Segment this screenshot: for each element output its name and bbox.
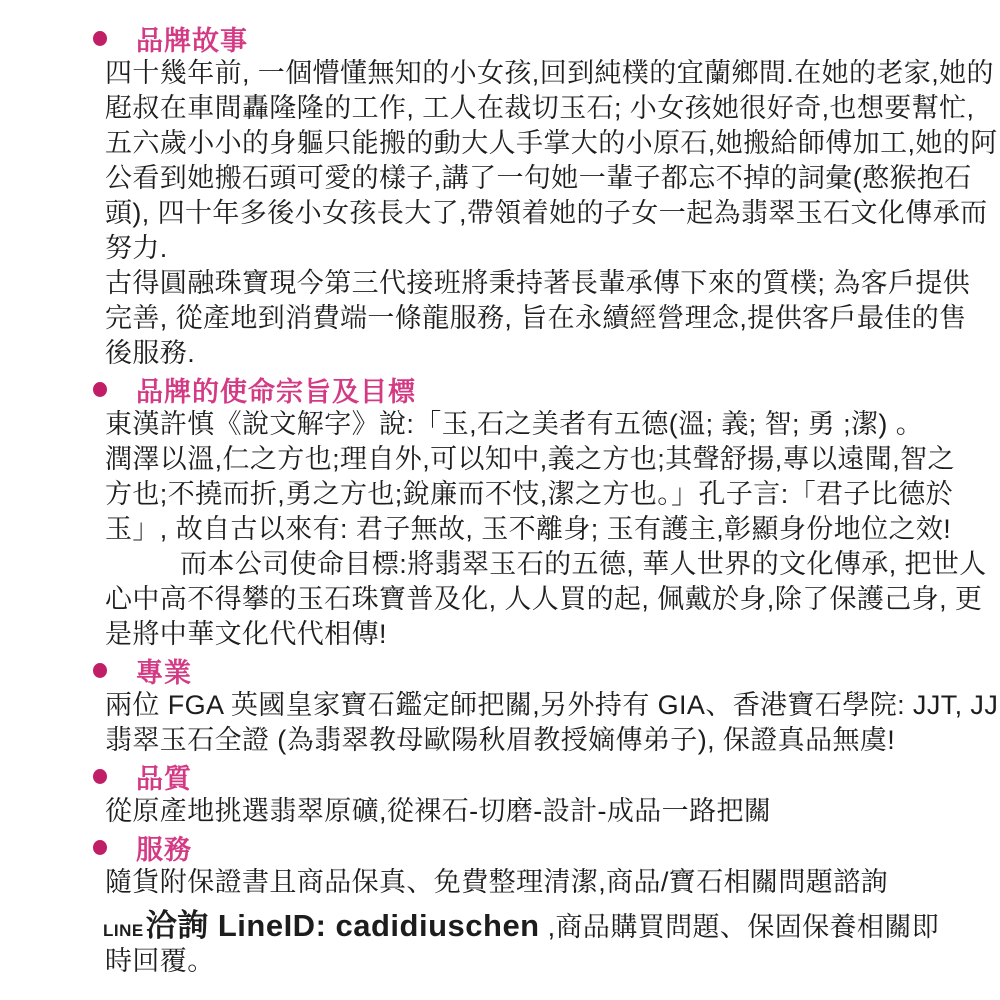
- bullet-icon: [93, 840, 107, 855]
- body-line: 公看到她搬石頭可愛的樣子,講了一句她一輩子都忘不掉的詞彙(憨猴抱石: [0, 161, 1000, 196]
- section-heading: 品牌的使命宗旨及目標: [0, 371, 1000, 407]
- body-line: 屘叔在車間轟隆隆的工作, 工人在裁切玉石; 小女孩她很好奇,也想要幫忙,: [0, 91, 1000, 126]
- body-line: 方也;不撓而折,勇之方也;銳廉而不忮,潔之方也。」孔子言:「君子比德於: [0, 477, 1000, 512]
- section-heading-label: 專業: [136, 651, 192, 690]
- body-line: 翡翠玉石全證 (為翡翠教母歐陽秋眉教授嫡傳弟子), 保證真品無虞!: [0, 723, 1000, 758]
- bullet-icon: [93, 382, 107, 397]
- section-heading: 品質: [0, 758, 1000, 794]
- line-contact-row: LINE洽詢 LineID: cadidiuschen,商品購買問題、保固保養相…: [0, 900, 1000, 944]
- body-line: 而本公司使命目標:將翡翠玉石的五德, 華人世界的文化傳承, 把世人: [0, 547, 1000, 582]
- body-line: 四十幾年前, 一個懵懂無知的小女孩,回到純樸的宜蘭鄉間.在她的老家,她的: [0, 56, 1000, 91]
- body-line: 玉」, 故自古以來有: 君子無故, 玉不離身; 玉有護主,彰顯身份地位之效!: [0, 512, 1000, 547]
- body-line: 五六歲小小的身軀只能搬的動大人手掌大的小原石,她搬給師傅加工,她的阿: [0, 126, 1000, 161]
- body-line: 隨貨附保證書且商品保真、免費整理清潔,商品/寶石相關問題諮詢: [0, 865, 1000, 900]
- bullet-icon: [93, 663, 107, 678]
- body-line: 是將中華文化代代相傳!: [0, 617, 1000, 652]
- content: 品牌故事四十幾年前, 一個懵懂無知的小女孩,回到純樸的宜蘭鄉間.在她的老家,她的…: [0, 20, 1000, 979]
- body-line: 從原產地挑選翡翠原礦,從裸石-切磨-設計-成品一路把關: [0, 794, 1000, 829]
- body-line: 古得圓融珠寶現今第三代接班將秉持著長輩承傳下來的質樸; 為客戶提供: [0, 266, 1000, 301]
- body-line: 努力.: [0, 231, 1000, 266]
- section-heading: 專業: [0, 652, 1000, 688]
- body-line: 東漢許慎《說文解字》說:「玉,石之美者有五德(溫; 義; 智; 勇 ;潔) 。: [0, 407, 1000, 442]
- section-heading-label: 品質: [136, 757, 192, 796]
- body-line: 後服務.: [0, 336, 1000, 371]
- section-heading: 品牌故事: [0, 20, 1000, 56]
- brand-info-page: 品牌故事四十幾年前, 一個懵懂無知的小女孩,回到純樸的宜蘭鄉間.在她的老家,她的…: [0, 0, 1000, 1000]
- line-app-label: LINE: [103, 921, 144, 941]
- section-heading-label: 服務: [136, 828, 192, 867]
- section-heading-label: 品牌故事: [136, 19, 248, 58]
- body-line: 完善, 從產地到消費端一條龍服務, 旨在永續經營理念,提供客戶最佳的售: [0, 301, 1000, 336]
- bullet-icon: [93, 31, 107, 46]
- bullet-icon: [93, 769, 107, 784]
- contact-note-continuation: 時回覆。: [0, 944, 1000, 979]
- line-id-value: 洽詢 LineID: cadidiuschen: [146, 900, 540, 945]
- section-heading-label: 品牌的使命宗旨及目標: [136, 370, 416, 409]
- body-line: 心中高不得攀的玉石珠寶普及化, 人人買的起, 佩戴於身,除了保護己身, 更: [0, 582, 1000, 617]
- body-line: 潤澤以溫,仁之方也;理自外,可以知中,義之方也;其聲舒揚,專以遠聞,智之: [0, 442, 1000, 477]
- body-line: 兩位 FGA 英國皇家寶石鑑定師把關,另外持有 GIA、香港寶石學院: JJT,…: [0, 688, 1000, 723]
- contact-note: ,商品購買問題、保固保養相關即: [548, 905, 940, 944]
- section-heading: 服務: [0, 829, 1000, 865]
- body-line: 頭), 四十年多後小女孩長大了,帶領着她的子女一起為翡翠玉石文化傳承而: [0, 196, 1000, 231]
